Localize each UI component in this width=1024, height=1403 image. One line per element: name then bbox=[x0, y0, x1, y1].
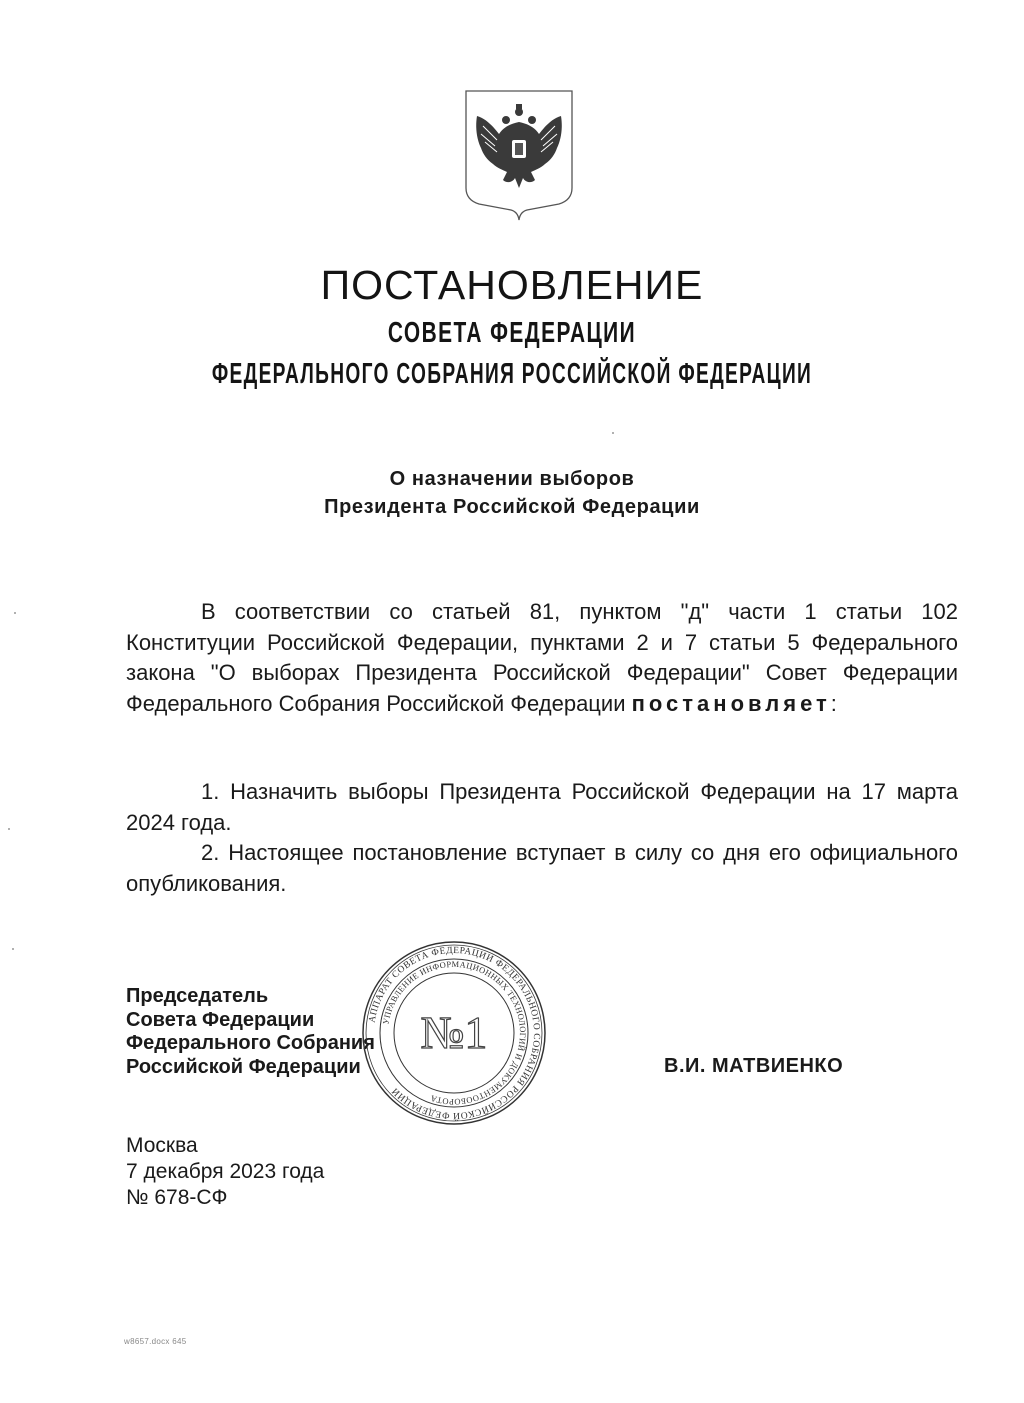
document-number: № 678-СФ bbox=[126, 1185, 324, 1211]
preamble-verb: постановляет bbox=[632, 691, 831, 716]
scan-speck bbox=[14, 612, 16, 614]
document-place: Москва bbox=[126, 1133, 324, 1159]
preamble-colon: : bbox=[831, 691, 837, 716]
stamp-seal-icon: АППАРАТ СОВЕТА ФЕДЕРАЦИИ ФЕДЕРАЛЬНОГО СО… bbox=[358, 940, 550, 1126]
signatory-position: Председатель Совета Федерации Федерально… bbox=[126, 985, 375, 1079]
russian-coat-of-arms-icon bbox=[463, 88, 575, 224]
item-text: Назначить выборы Президента Российской Ф… bbox=[126, 779, 958, 835]
item-number: 1. bbox=[201, 779, 219, 804]
footer-file-code: w8657.docx 645 bbox=[124, 1337, 186, 1346]
position-line: Совета Федерации bbox=[126, 1009, 375, 1033]
scan-speck bbox=[8, 828, 10, 830]
document-subject: О назначении выборов Президента Российск… bbox=[0, 465, 1024, 521]
position-line: Федерального Собрания bbox=[126, 1032, 375, 1056]
subject-line-2: Президента Российской Федерации bbox=[0, 493, 1024, 521]
coat-of-arms-emblem bbox=[463, 88, 575, 224]
resolution-item-1: 1. Назначить выборы Президента Российско… bbox=[126, 777, 958, 838]
item-number: 2. bbox=[201, 840, 219, 865]
scan-speck bbox=[12, 948, 14, 950]
resolution-item-2: 2. Настоящее постановление вступает в си… bbox=[126, 838, 958, 899]
item-text: Настоящее постановление вступает в силу … bbox=[126, 840, 958, 896]
document-subtitle-assembly: ФЕДЕРАЛЬНОГО СОБРАНИЯ РОССИЙСКОЙ ФЕДЕРАЦ… bbox=[174, 358, 850, 391]
position-line: Российской Федерации bbox=[126, 1056, 375, 1080]
stamp-number: №1 bbox=[421, 1007, 488, 1058]
document-title: ПОСТАНОВЛЕНИЕ bbox=[0, 262, 1024, 309]
preamble-paragraph: В соответствии со статьей 81, пунктом "д… bbox=[126, 597, 958, 719]
official-stamp: АППАРАТ СОВЕТА ФЕДЕРАЦИИ ФЕДЕРАЛЬНОГО СО… bbox=[358, 940, 550, 1126]
signatory-name: В.И. МАТВИЕНКО bbox=[664, 1055, 843, 1078]
document-subtitle-council: СОВЕТА ФЕДЕРАЦИИ bbox=[143, 317, 880, 350]
scan-speck bbox=[612, 432, 614, 434]
document-place-date-number: Москва 7 декабря 2023 года № 678-СФ bbox=[126, 1133, 324, 1211]
document-date: 7 декабря 2023 года bbox=[126, 1159, 324, 1185]
position-line: Председатель bbox=[126, 985, 375, 1009]
subject-line-1: О назначении выборов bbox=[0, 465, 1024, 493]
